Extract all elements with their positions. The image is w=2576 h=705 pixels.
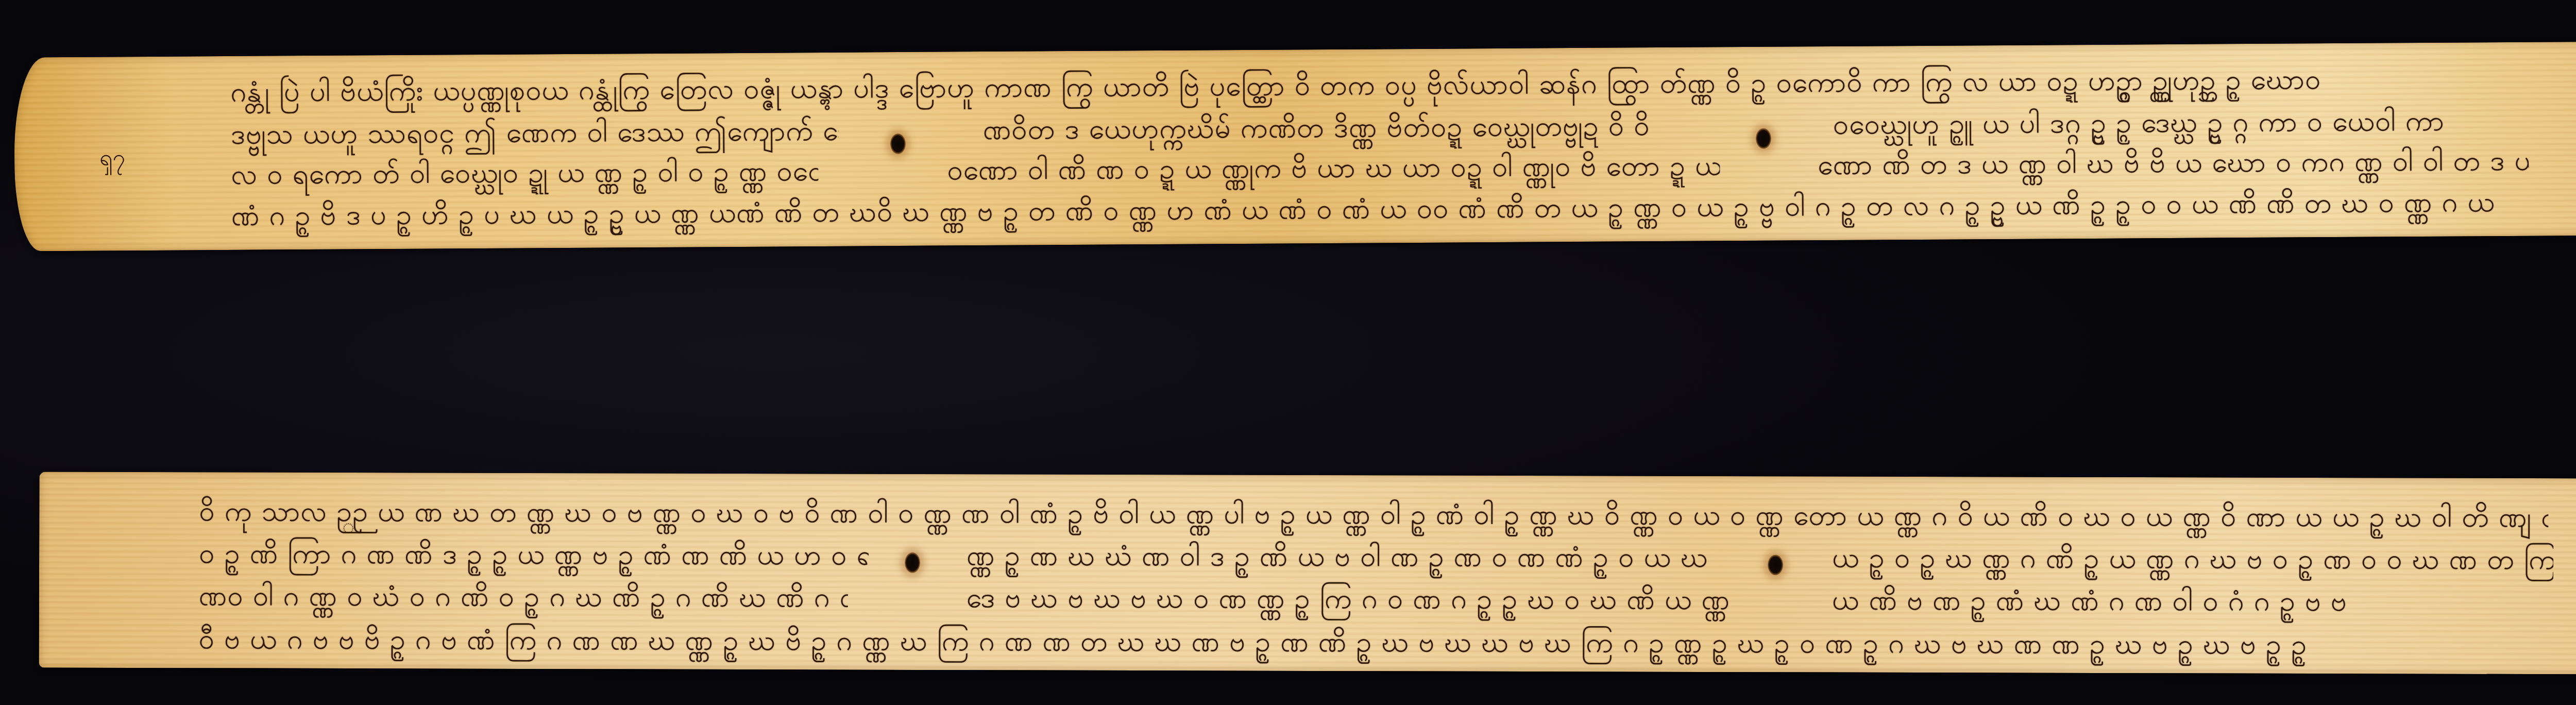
palm-leaf-top: ၡ၇ ဂန္တုံ ပြဲ ပါ ဗိယံကြိုး ယပ္ပဏ္ဏုစုဝယ … (14, 41, 2576, 251)
string-hole-left (905, 552, 920, 573)
text-line-2-seg-3: ယ ဥ္ဂ ဝ ဥ္ဂ ဃ ဏ္ဏ ဂ ဏိ ဥ္ဂ ယ ဏ္ဏ ဂ ဃ ဗ ဝ… (1832, 541, 2553, 583)
string-hole-left (890, 133, 906, 154)
text-line-3-seg-3: ဏော ဏိ တ ဒ ယ ဏ္ဏ ဝါ ဃ ဗိ ဗိ ယ ဃော ဝ ကဂ ဏ… (1818, 143, 2529, 188)
leaf-number-mark: ၡ၇ (99, 143, 125, 176)
text-line-3-seg-3: ယ ဏိ ဗ ဏ ဥ္ဂ ဏံ ဃ ဏံ ဂ ဏ ဝါ ဝ ဂံ ဂ ဥ္ဂ ဗ… (1832, 583, 2347, 625)
text-line-3-seg-1: ဏဝ ဝါ ဂ ဏ္ဏ ဝ ဃံ ဝ ဂ ဏိ ဝ ဥ္ဂ ဂ ဃ ဏိ ဥ္ဂ… (199, 578, 848, 620)
text-line-1: ဝိ ကု သာလ ဉ္ဉ ယ ဏ ဃ တ ဏ္ဏ ဃ ဝ ဗ ဏ္ဏ ဝ ဃ … (199, 494, 2548, 541)
text-line-2-seg-1: ဒဗ္ဗုသ ယဟူ ဿရဝင္ဂ ဤ ဏေက ဝါ ဒေဿ ဤကျောက် သ… (231, 113, 839, 158)
text-line-4: ဝီ ဗ ယ ဂ ဗ ဗ ဗိ ဥ္ဂ ဂ ဗ ဏံ ကြ ဂ ဏ ဏ ဃ ဏ္… (199, 622, 2548, 668)
text-line-2-seg-2: ဏဝိတ ဒ ယေဟုက္ကဃိမ် ကဏိတ ဒိဏ္ဏ ဗိတ်ဝဍ္ဍ ဝ… (983, 108, 1704, 154)
string-hole-right (1768, 555, 1783, 575)
text-line-2-seg-2: ဏ္ဏ ဥ္ဂ ဏ ဃ ဃံ ဏ ဝါ ဒ ဥ္ဂ ဏိ ယ ဗ ဝါ ဏ ဥ္… (967, 538, 1708, 581)
string-hole-right (1756, 128, 1771, 149)
text-line-2-seg-3: ဝဝေဃ္ဃုဟူ ဥ္ဂူ ယ ပါ ဒဂ္ဂ ဥ္ဗ ဥ္ဂ ဒေဃ္ဃ ဥ… (1833, 103, 2534, 148)
palm-leaf-bottom: ဝိ ကု သာလ ဉ္ဉ ယ ဏ ဃ တ ဏ္ဏ ဃ ဝ ဗ ဏ္ဏ ဝ ဃ … (39, 472, 2576, 674)
text-line-3-seg-1: လ ဝ ရကော တ် ဝါ ဝေဃ္ဃုဝ ဍ္ဍု ယ ဏ္ဏ ဥ္ဂ ဝါ… (231, 154, 818, 198)
text-line-2-seg-1: ဝ ဥ္ဂ ဏိ ကြာ ဂ ဏ ဏိ ဒ ဥ္ဂ ဥ္ဂ ယ ဏ္ဏ ဗ ဥ္… (199, 536, 869, 578)
text-line-3-seg-2: ဝဏော ဝါ ဏိ ဏ ဝ ဍ္ဍ ယ ဏ္ဏုက ဗိ ယာ ဃ ယာ ဝဍ… (947, 148, 1720, 193)
text-line-3-seg-2: ဒေ ဗ ဃ ဗ ဃ ဗ ဃ ဝ ဏ ဏ္ဏ ဥ္ဂ ကြ ဂ ဝ ဏ ဂ ဥ္… (967, 580, 1729, 623)
